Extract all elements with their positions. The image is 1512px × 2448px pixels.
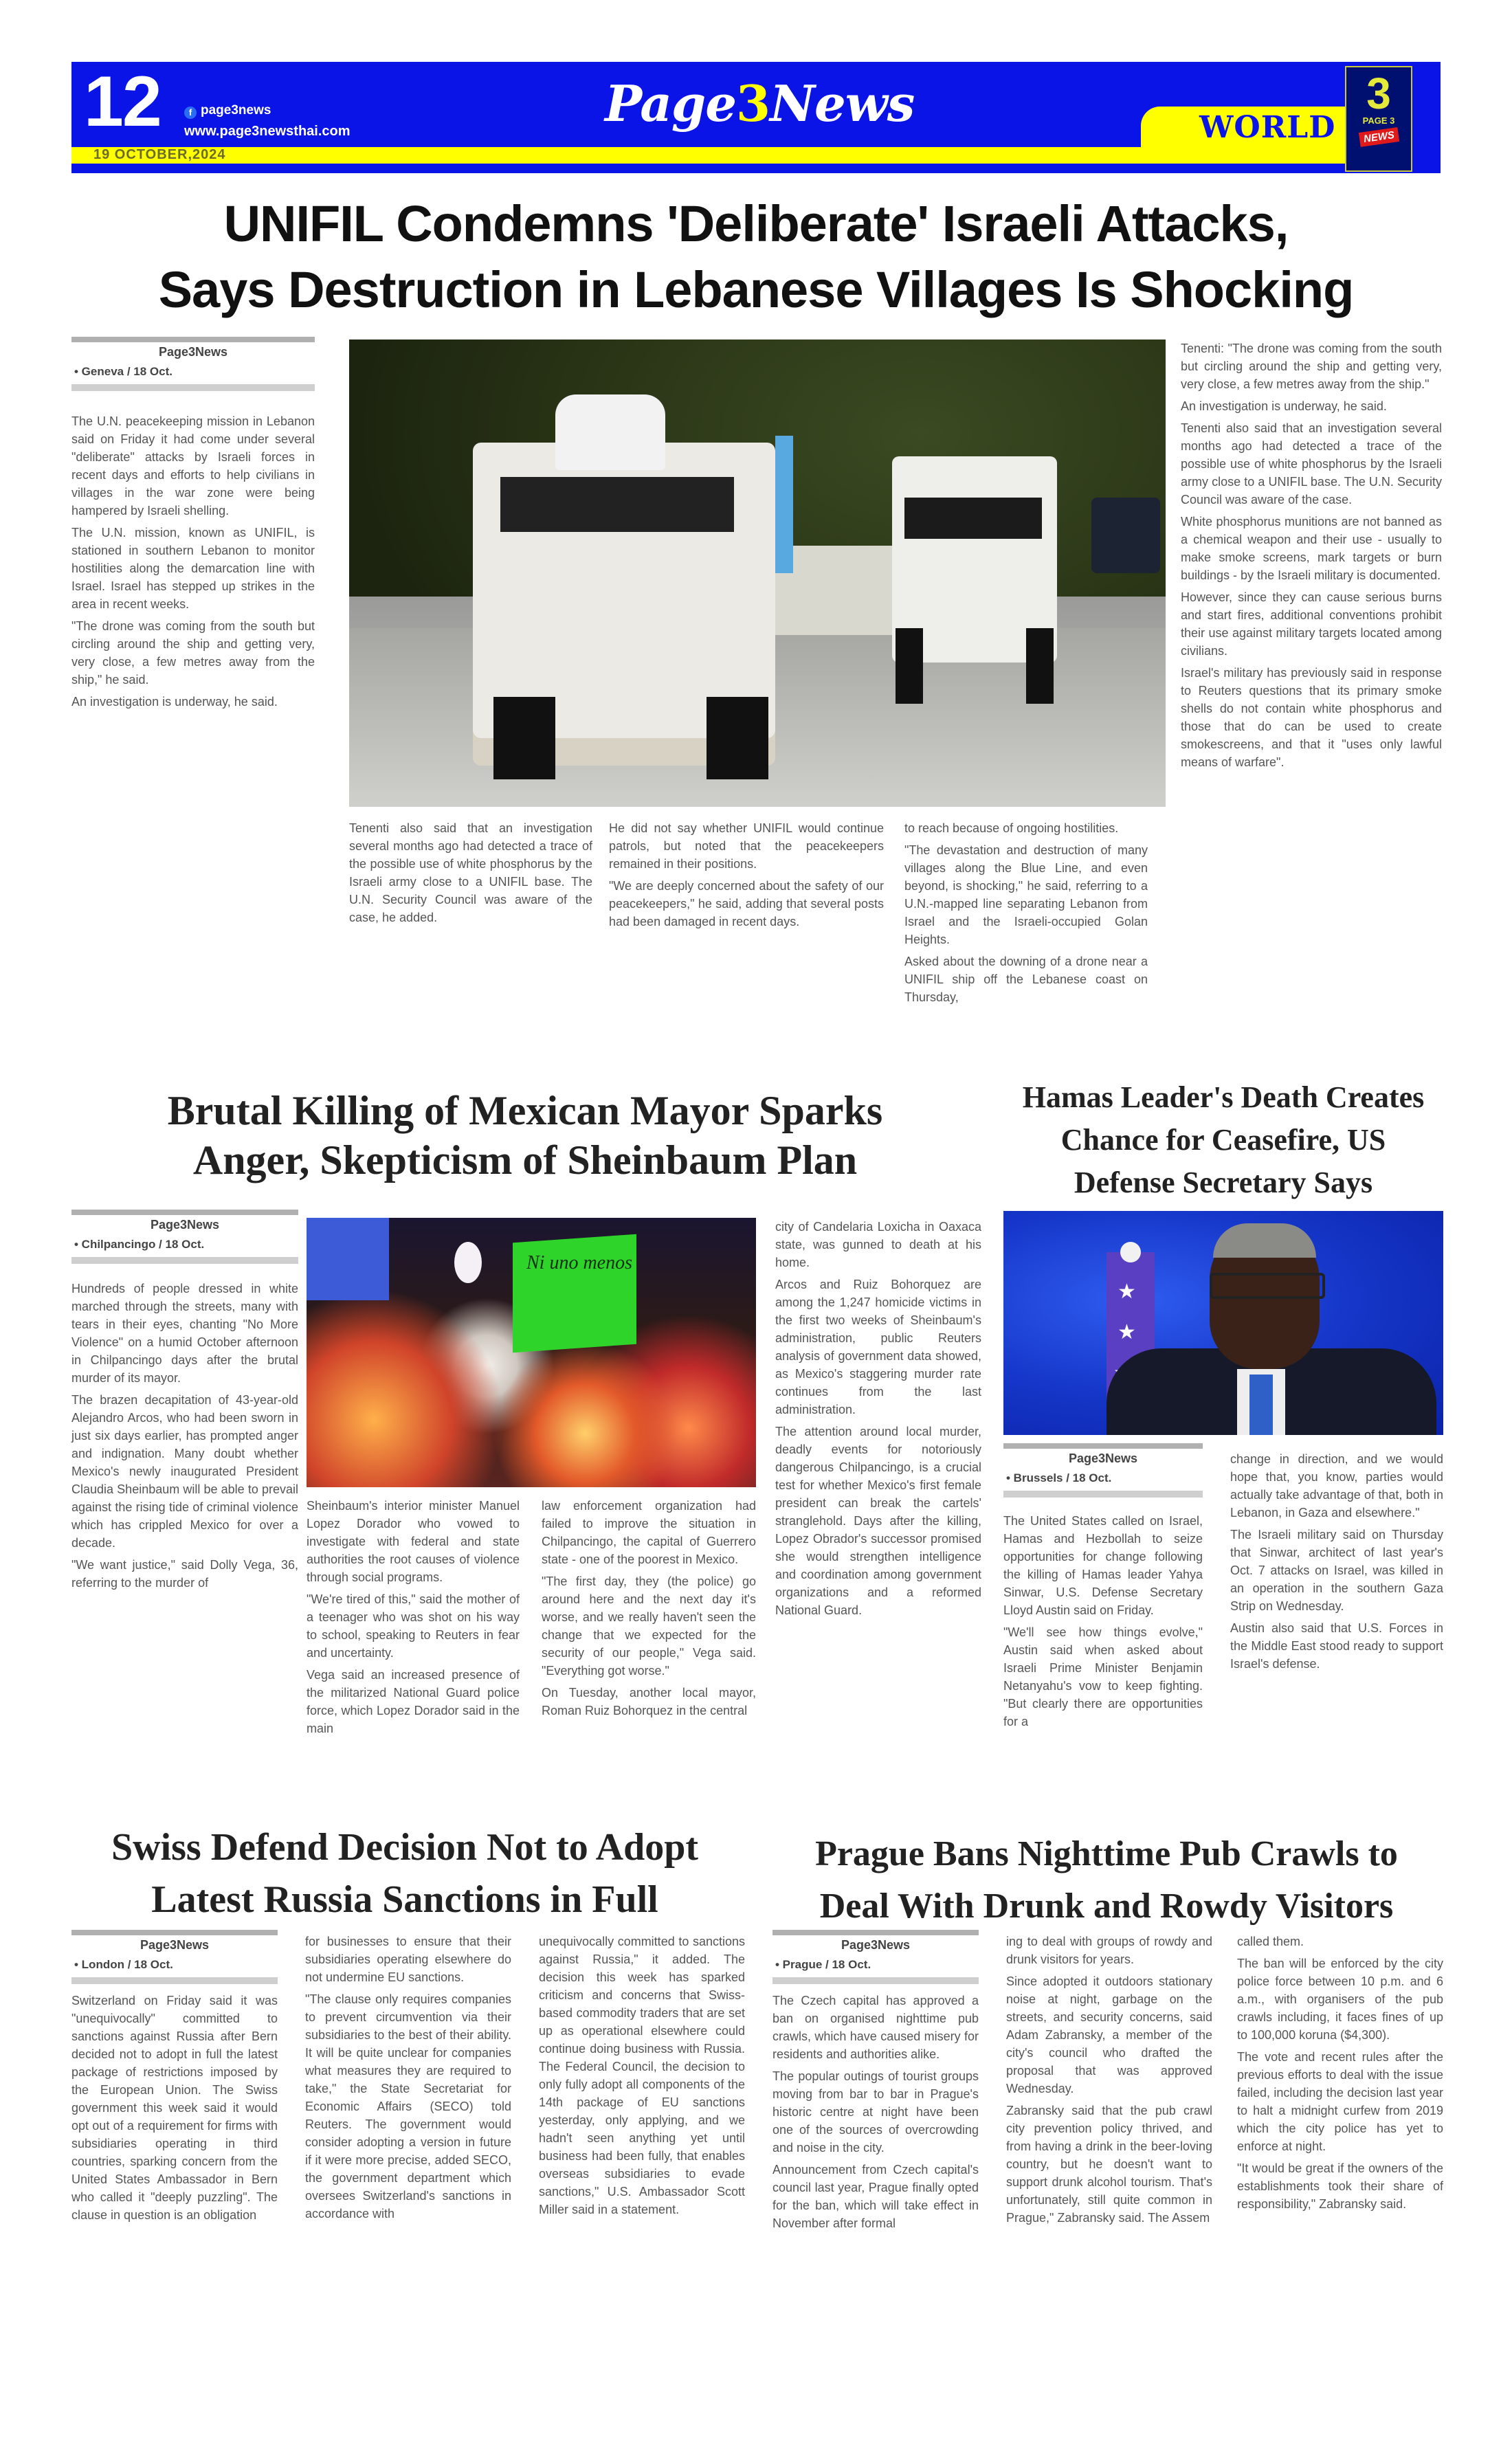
paragraph: ing to deal with groups of rowdy and dru… bbox=[1006, 1933, 1212, 1968]
hamas-column-1: The United States called on Israel, Hama… bbox=[1003, 1512, 1203, 1735]
masthead-bottom-rule bbox=[71, 164, 1441, 173]
paragraph: "The drone was coming from the south but… bbox=[71, 617, 315, 689]
paragraph: "The first day, they (the police) go aro… bbox=[542, 1572, 756, 1680]
paragraph: He did not say whether UNIFIL would cont… bbox=[609, 819, 884, 873]
unifil-column-2: Tenenti also said that an investigation … bbox=[349, 819, 592, 931]
byline-source: Page3News bbox=[71, 345, 315, 359]
swiss-headline-line1: Swiss Defend Decision Not to Adopt bbox=[71, 1821, 738, 1873]
photo-wheel bbox=[1026, 628, 1054, 704]
hamas-headline-line2: Chance for Ceasefire, US bbox=[1003, 1119, 1443, 1161]
page-number: 12 bbox=[84, 66, 161, 137]
paragraph: Austin also said that U.S. Forces in the… bbox=[1230, 1619, 1443, 1673]
paragraph: Tenenti: "The drone was coming from the … bbox=[1181, 340, 1442, 393]
paragraph: The brazen decapitation of 43-year-old A… bbox=[71, 1391, 298, 1552]
facebook-handle: page3news bbox=[201, 103, 271, 118]
paragraph: An investigation is underway, he said. bbox=[71, 693, 315, 711]
logo-text-news: News bbox=[770, 74, 914, 133]
badge-number: 3 bbox=[1346, 71, 1411, 115]
byline-rule-bottom bbox=[71, 1257, 298, 1264]
star-icon: ★ bbox=[1118, 1280, 1155, 1304]
paragraph: city of Candelaria Loxicha in Oaxaca sta… bbox=[775, 1218, 981, 1271]
paragraph: The ban will be enforced by the city pol… bbox=[1237, 1955, 1443, 2044]
photo-glasses bbox=[1210, 1273, 1325, 1299]
mexico-column-3: law enforcement organization had failed … bbox=[542, 1497, 756, 1724]
paragraph: Announcement from Czech capital's counci… bbox=[772, 2161, 979, 2232]
paragraph: The United States called on Israel, Hama… bbox=[1003, 1512, 1203, 1619]
photo-hair bbox=[1213, 1223, 1316, 1258]
paragraph: On Tuesday, another local mayor, Roman R… bbox=[542, 1684, 756, 1720]
mexico-column-4: city of Candelaria Loxicha in Oaxaca sta… bbox=[775, 1218, 981, 1623]
hamas-austin-photo: ★ ★ ★ bbox=[1003, 1211, 1443, 1435]
paragraph: The vote and recent rules after the prev… bbox=[1237, 2048, 1443, 2155]
photo-tie bbox=[1249, 1375, 1273, 1435]
facebook-icon: f bbox=[184, 107, 197, 119]
mexico-vigil-photo: Ni uno menos bbox=[307, 1218, 756, 1487]
issue-date: 19 OCTOBER,2024 bbox=[93, 147, 226, 163]
byline-location: • London / 18 Oct. bbox=[74, 1958, 278, 1972]
photo-flag-finial bbox=[1120, 1242, 1141, 1262]
paragraph: The U.N. peacekeeping mission in Lebanon… bbox=[71, 412, 315, 520]
swiss-headline: Swiss Defend Decision Not to Adopt Lates… bbox=[71, 1821, 738, 1926]
paragraph: "We're tired of this," said the mother o… bbox=[307, 1590, 520, 1662]
hamas-byline: Page3News • Brussels / 18 Oct. bbox=[1003, 1443, 1203, 1498]
mexico-headline-line2: Anger, Skepticism of Sheinbaum Plan bbox=[71, 1135, 979, 1185]
prague-column-2: ing to deal with groups of rowdy and dru… bbox=[1006, 1933, 1212, 2231]
byline-location: • Chilpancingo / 18 Oct. bbox=[74, 1238, 298, 1251]
badge-news-tag: NEWS bbox=[1358, 127, 1399, 147]
paragraph: "It would be great if the owners of the … bbox=[1237, 2159, 1443, 2213]
paragraph: law enforcement organization had failed … bbox=[542, 1497, 756, 1568]
page3-badge-logo: 3 PAGE 3 NEWS bbox=[1345, 66, 1412, 172]
photo-wheel bbox=[493, 697, 555, 779]
paragraph: Vega said an increased presence of the m… bbox=[307, 1666, 520, 1737]
prague-byline: Page3News • Prague / 18 Oct. bbox=[772, 1930, 979, 1984]
logo-text-page: Page bbox=[605, 74, 736, 133]
paragraph: to reach because of ongoing hostilities. bbox=[904, 819, 1148, 837]
paragraph: change in direction, and we would hope t… bbox=[1230, 1450, 1443, 1522]
byline-rule bbox=[71, 1210, 298, 1215]
swiss-column-2: for businesses to ensure that their subs… bbox=[305, 1933, 511, 2227]
mexico-byline: Page3News • Chilpancingo / 18 Oct. bbox=[71, 1210, 298, 1264]
mexico-column-1: Hundreds of people dressed in white marc… bbox=[71, 1280, 298, 1596]
hamas-headline-line1: Hamas Leader's Death Creates bbox=[1003, 1076, 1443, 1119]
byline-rule-bottom bbox=[772, 1977, 979, 1984]
unifil-byline: Page3News • Geneva / 18 Oct. bbox=[71, 337, 315, 391]
photo-wheel bbox=[896, 628, 923, 704]
unifil-column-5: Tenenti: "The drone was coming from the … bbox=[1181, 340, 1442, 775]
unifil-column-1: The U.N. peacekeeping mission in Lebanon… bbox=[71, 412, 315, 715]
paragraph: The popular outings of tourist groups mo… bbox=[772, 2067, 979, 2157]
paragraph: Tenenti also said that an investigation … bbox=[349, 819, 592, 926]
unifil-column-3: He did not say whether UNIFIL would cont… bbox=[609, 819, 884, 935]
photo-un-flag bbox=[775, 436, 793, 573]
star-icon: ★ bbox=[1118, 1320, 1155, 1344]
swiss-byline: Page3News • London / 18 Oct. bbox=[71, 1930, 278, 1984]
paragraph: unequivocally committed to sanctions aga… bbox=[539, 1933, 745, 2218]
unifil-headline-line2: Says Destruction in Lebanese Villages Is… bbox=[71, 260, 1441, 320]
prague-column-3: called them. The ban will be enforced by… bbox=[1237, 1933, 1443, 2217]
unifil-column-4: to reach because of ongoing hostilities.… bbox=[904, 819, 1148, 1010]
photo-vehicle-window bbox=[500, 477, 734, 532]
paragraph: "The devastation and destruction of many… bbox=[904, 841, 1148, 948]
prague-headline-line1: Prague Bans Nighttime Pub Crawls to bbox=[770, 1828, 1443, 1880]
paragraph: The U.N. mission, known as UNIFIL, is st… bbox=[71, 524, 315, 613]
unifil-headline-line1: UNIFIL Condemns 'Deliberate' Israeli Att… bbox=[71, 194, 1441, 254]
byline-source: Page3News bbox=[71, 1218, 298, 1232]
photo-car bbox=[1091, 498, 1160, 573]
paragraph: Sheinbaum's interior minister Manuel Lop… bbox=[307, 1497, 520, 1586]
paragraph: White phosphorus munitions are not banne… bbox=[1181, 513, 1442, 584]
newspaper-logo: Page3News bbox=[605, 74, 914, 133]
hamas-headline-line3: Defense Secretary Says bbox=[1003, 1161, 1443, 1204]
paragraph: Asked about the downing of a drone near … bbox=[904, 953, 1148, 1006]
paragraph: Tenenti also said that an investigation … bbox=[1181, 419, 1442, 509]
paragraph: "The clause only requires companies to p… bbox=[305, 1990, 511, 2223]
prague-column-1: The Czech capital has approved a ban on … bbox=[772, 1992, 979, 2236]
swiss-column-3: unequivocally committed to sanctions aga… bbox=[539, 1933, 745, 2223]
badge-label: PAGE 3 bbox=[1346, 115, 1411, 126]
paragraph: "We are deeply concerned about the safet… bbox=[609, 877, 884, 931]
swiss-headline-line2: Latest Russia Sanctions in Full bbox=[71, 1873, 738, 1926]
website-link[interactable]: www.page3newsthai.com bbox=[184, 124, 351, 140]
logo-text-three: 3 bbox=[736, 74, 770, 133]
paragraph: The attention around local murder, deadl… bbox=[775, 1423, 981, 1619]
paragraph: for businesses to ensure that their subs… bbox=[305, 1933, 511, 1986]
byline-source: Page3News bbox=[1003, 1451, 1203, 1466]
paragraph: Switzerland on Friday said it was "unequ… bbox=[71, 1992, 278, 2224]
paragraph: Zabransky said that the pub crawl city p… bbox=[1006, 2102, 1212, 2227]
byline-rule bbox=[71, 1930, 278, 1935]
photo-sign-text: Ni uno menos bbox=[526, 1252, 632, 1274]
byline-location: • Brussels / 18 Oct. bbox=[1006, 1471, 1203, 1485]
byline-rule bbox=[71, 337, 315, 342]
mexico-headline: Brutal Killing of Mexican Mayor Sparks A… bbox=[71, 1086, 979, 1185]
paragraph: An investigation is underway, he said. bbox=[1181, 397, 1442, 415]
paragraph: Hundreds of people dressed in white marc… bbox=[71, 1280, 298, 1387]
prague-headline: Prague Bans Nighttime Pub Crawls to Deal… bbox=[770, 1828, 1443, 1933]
photo-vehicle-window bbox=[904, 498, 1042, 539]
byline-source: Page3News bbox=[71, 1938, 278, 1952]
hamas-column-2: change in direction, and we would hope t… bbox=[1230, 1450, 1443, 1677]
paragraph: However, since they can cause serious bu… bbox=[1181, 588, 1442, 660]
paragraph: Since adopted it outdoors stationary noi… bbox=[1006, 1972, 1212, 2098]
byline-source: Page3News bbox=[772, 1938, 979, 1952]
byline-rule bbox=[772, 1930, 979, 1935]
paragraph: called them. bbox=[1237, 1933, 1443, 1950]
mexico-column-2: Sheinbaum's interior minister Manuel Lop… bbox=[307, 1497, 520, 1742]
photo-blue-cloth bbox=[307, 1218, 389, 1300]
byline-location: • Geneva / 18 Oct. bbox=[74, 365, 315, 379]
paragraph: "We'll see how things evolve," Austin sa… bbox=[1003, 1623, 1203, 1731]
section-label: WORLD bbox=[1199, 110, 1335, 145]
paragraph: Arcos and Ruiz Bohorquez are among the 1… bbox=[775, 1276, 981, 1418]
prague-headline-line2: Deal With Drunk and Rowdy Visitors bbox=[770, 1880, 1443, 1933]
photo-wheel bbox=[707, 697, 768, 779]
hamas-headline: Hamas Leader's Death Creates Chance for … bbox=[1003, 1076, 1443, 1204]
mexico-headline-line1: Brutal Killing of Mexican Mayor Sparks bbox=[71, 1086, 979, 1135]
byline-rule-bottom bbox=[71, 1977, 278, 1984]
byline-location: • Prague / 18 Oct. bbox=[775, 1958, 979, 1972]
byline-rule-bottom bbox=[71, 384, 315, 391]
photo-portrait-sign bbox=[454, 1242, 482, 1283]
unifil-photo bbox=[349, 340, 1166, 807]
date-strip bbox=[71, 147, 1144, 164]
byline-rule-bottom bbox=[1003, 1491, 1203, 1498]
paragraph: Israel's military has previously said in… bbox=[1181, 664, 1442, 771]
paragraph: The Israeli military said on Thursday th… bbox=[1230, 1526, 1443, 1615]
byline-rule bbox=[1003, 1443, 1203, 1449]
paragraph: "We want justice," said Dolly Vega, 36, … bbox=[71, 1556, 298, 1592]
photo-vehicle-turret bbox=[555, 394, 665, 470]
swiss-column-1: Switzerland on Friday said it was "unequ… bbox=[71, 1992, 278, 2228]
paragraph: The Czech capital has approved a ban on … bbox=[772, 1992, 979, 2063]
facebook-link[interactable]: fpage3news bbox=[184, 103, 271, 119]
